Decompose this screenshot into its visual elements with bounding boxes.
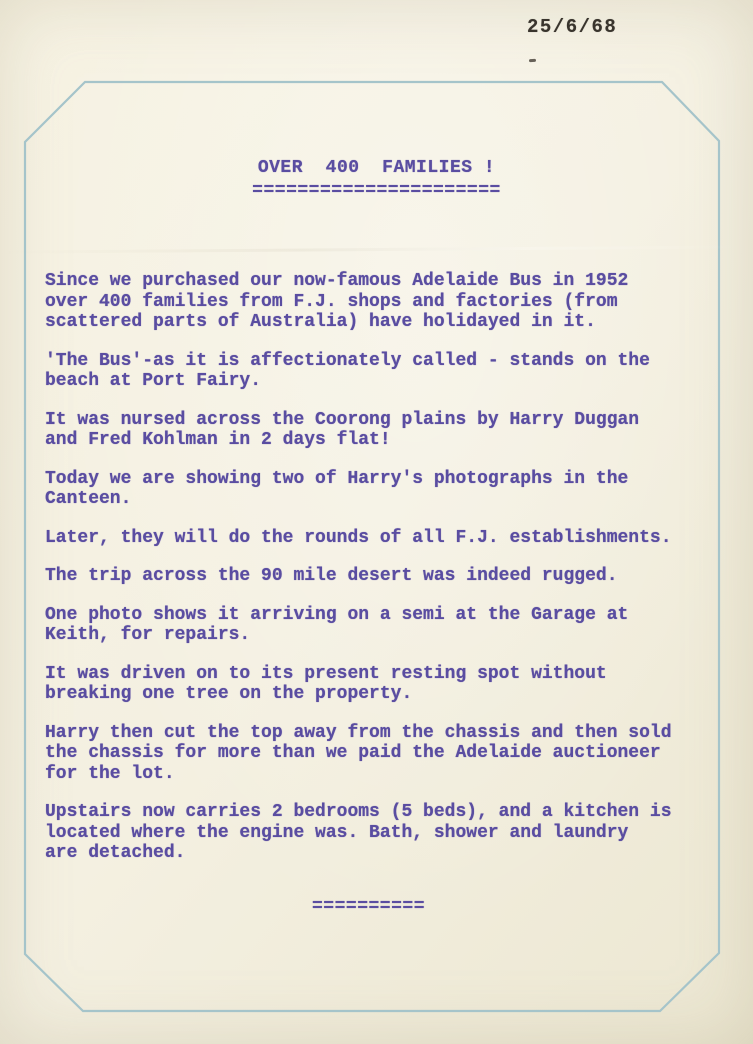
- date-stamp: 25/6/68: [527, 16, 617, 38]
- paragraph: Today we are showing two of Harry's phot…: [45, 469, 705, 510]
- paragraph: The trip across the 90 mile desert was i…: [45, 566, 705, 587]
- body-paragraphs: Since we purchased our now-famous Adelai…: [45, 271, 705, 882]
- title-block: OVER 400 FAMILIES ! ====================…: [0, 158, 753, 200]
- paragraph: It was driven on to its present resting …: [45, 664, 705, 705]
- paragraph: Upstairs now carries 2 bedrooms (5 beds)…: [45, 802, 705, 864]
- paragraph: It was nursed across the Coorong plains …: [45, 410, 705, 451]
- paragraph: 'The Bus'-as it is affectionately called…: [45, 351, 705, 392]
- ink-speck: [529, 59, 536, 62]
- closing-divider: ==========: [312, 897, 425, 917]
- paragraph: One photo shows it arriving on a semi at…: [45, 605, 705, 646]
- paragraph: Later, they will do the rounds of all F.…: [45, 528, 705, 549]
- paragraph: Since we purchased our now-famous Adelai…: [45, 271, 705, 333]
- paragraph: Harry then cut the top away from the cha…: [45, 723, 705, 785]
- document-title: OVER 400 FAMILIES !: [0, 158, 753, 178]
- scanned-letter-page: 25/6/68 OVER 400 FAMILIES ! ============…: [0, 0, 753, 1044]
- title-underline: ======================: [0, 182, 753, 200]
